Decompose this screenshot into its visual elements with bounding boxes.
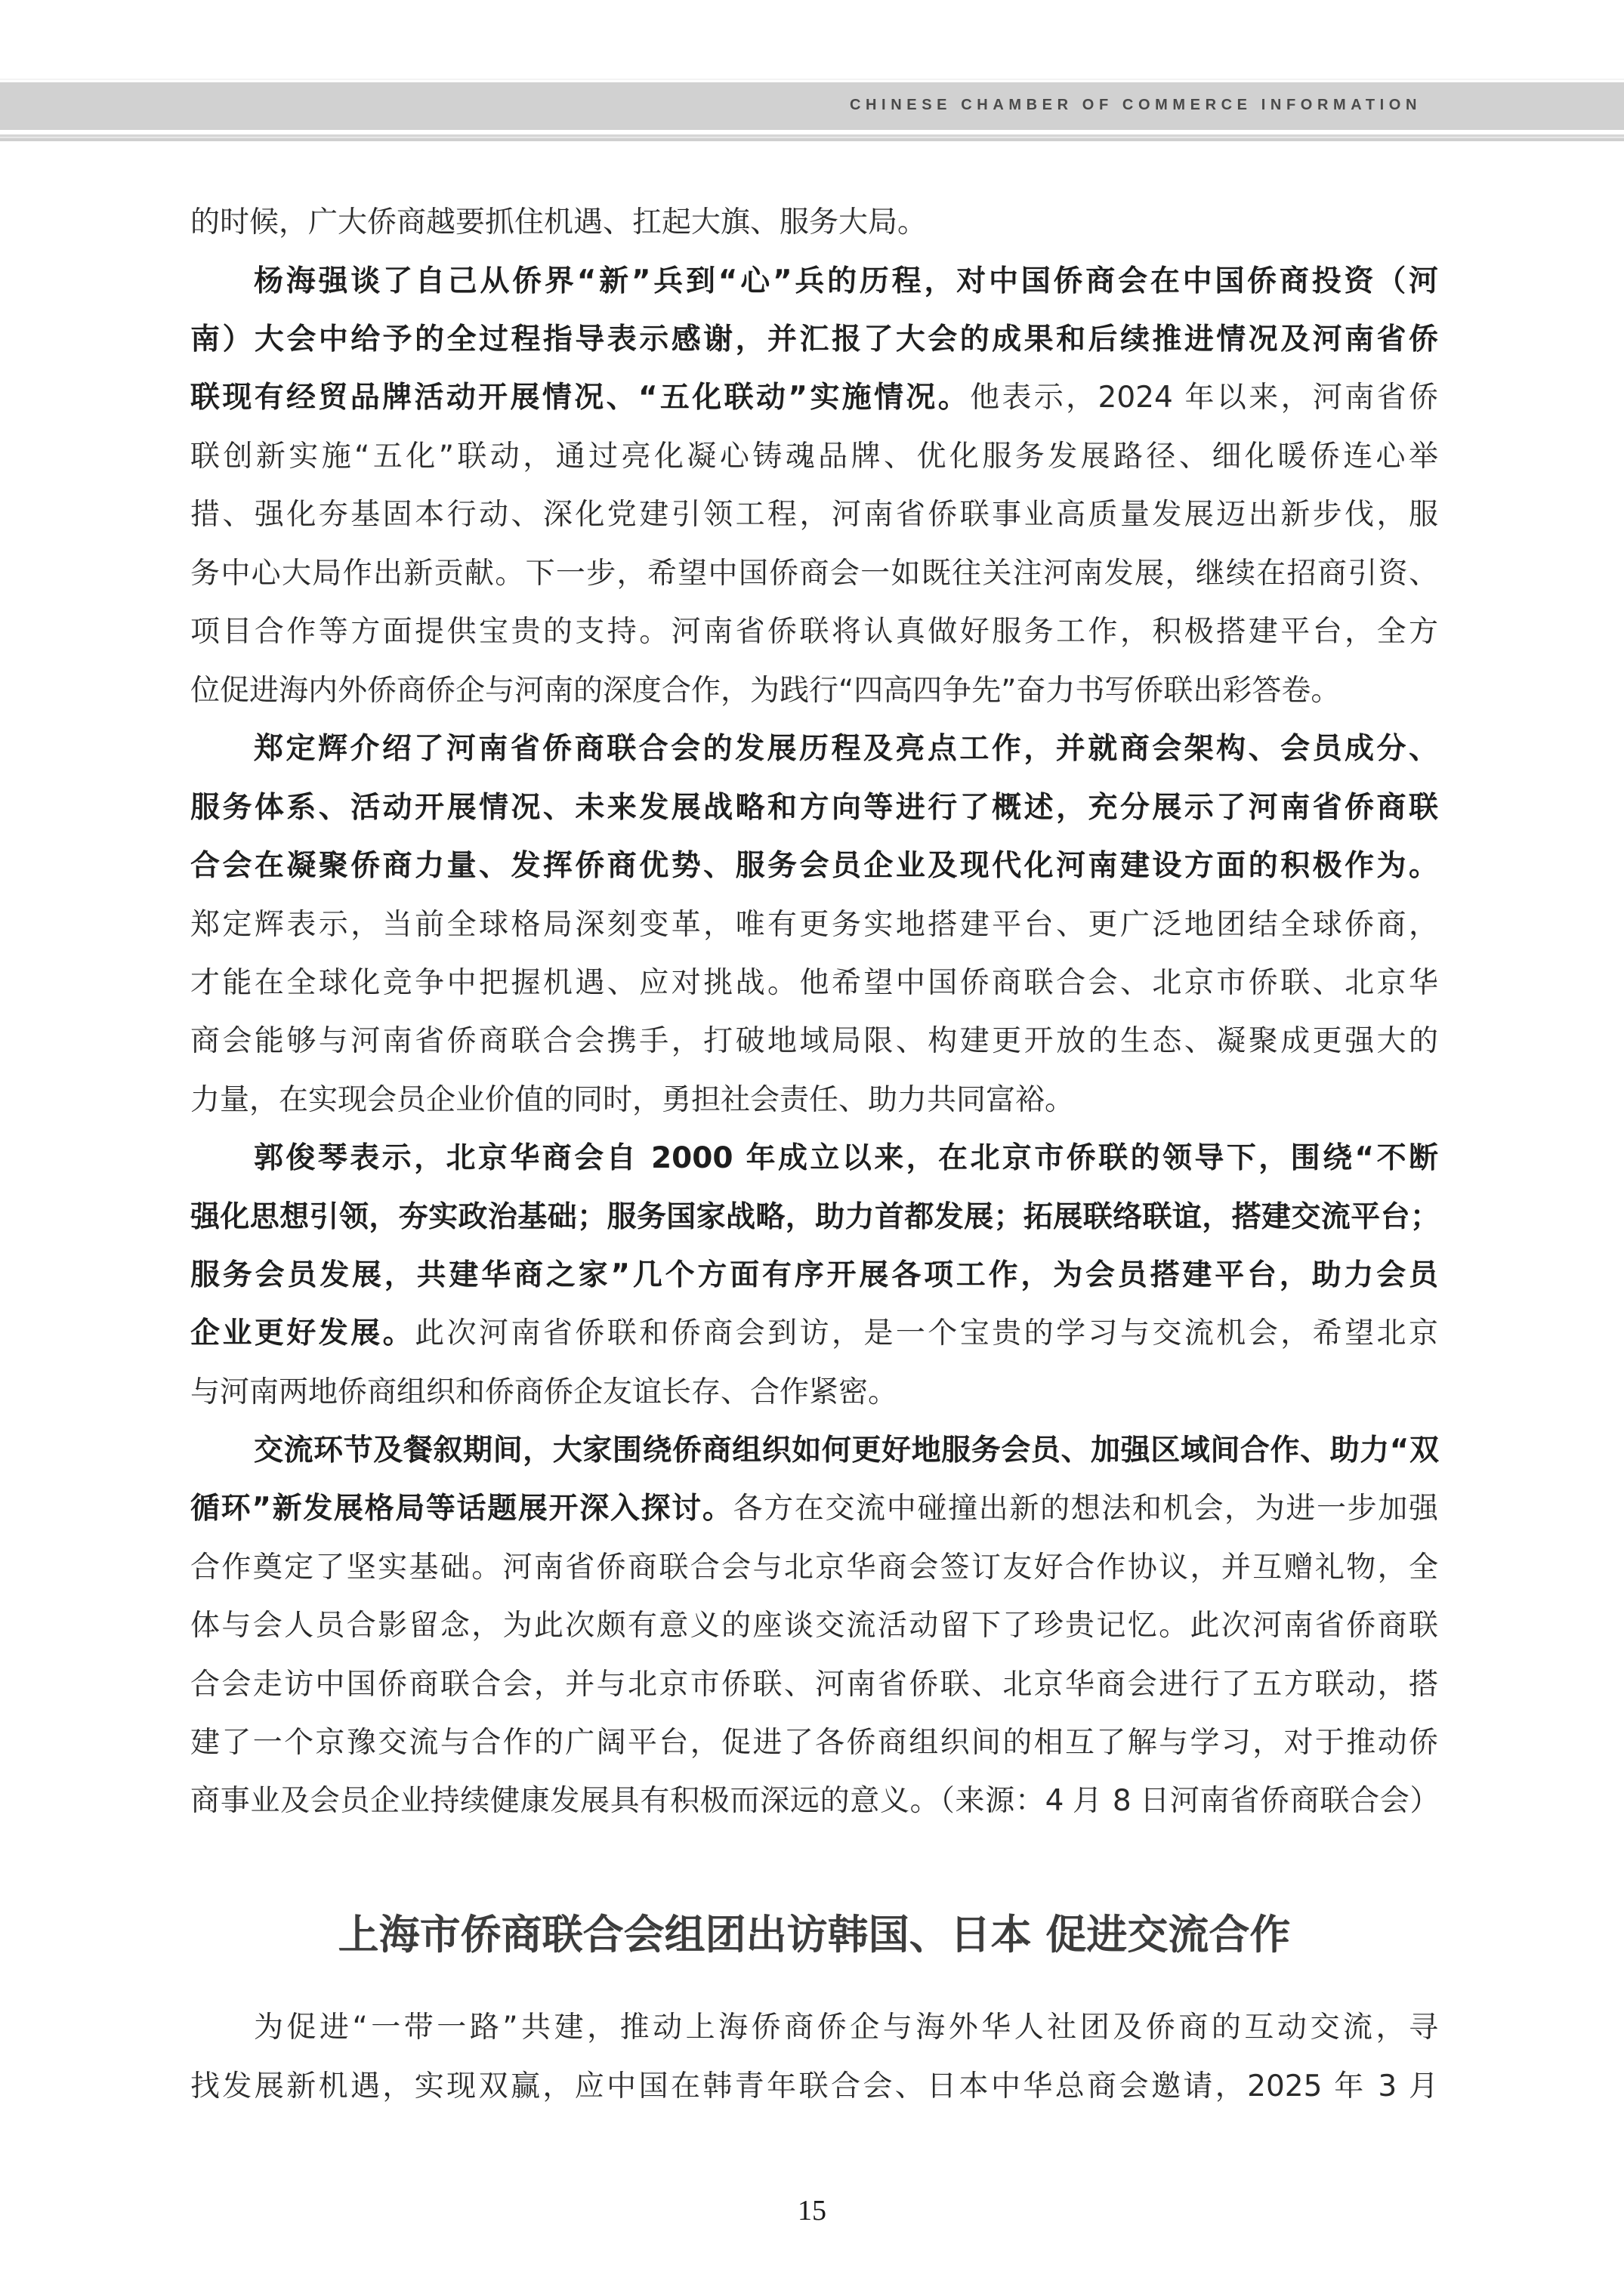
bold-lead: 郭俊琴表示，北京华商会自 2000 年成立以来，在北京市侨联的领导下，围绕“不断 — [254, 1141, 1438, 1175]
text-line: 为促进“一带一路”共建，推动上海侨商侨企与海外华人社团及侨商的互动交流，寻 — [254, 2005, 1438, 2051]
text-run: 力量，在实现会员企业价值的同时，勇担社会责任、助力共同富裕。 — [190, 1083, 1074, 1117]
page-number: 15 — [755, 2194, 869, 2227]
publication-title: CHINESE CHAMBER OF COMMERCE INFORMATION — [802, 97, 1422, 114]
text-run: 找发展新机遇，实现双赢，应中国在韩青年联合会、日本中华总商会邀请，2025 年 … — [190, 2069, 1438, 2103]
text-line: 才能在全球化竞争中把握机遇、应对挑战。他希望中国侨商联合会、北京市侨联、北京华 — [190, 961, 1438, 1006]
text-run: 商事业及会员企业持续健康发展具有积极而深远的意义。（来源：4 月 8 日河南省侨… — [190, 1784, 1438, 1818]
text-run: 为促进“一带一路”共建，推动上海侨商侨企与海外华人社团及侨商的互动交流，寻 — [254, 2011, 1438, 2045]
header-hairline — [0, 79, 1624, 80]
text-line: 南）大会中给予的全过程指导表示感谢，并汇报了大会的成果和后续推进情况及河南省侨 — [190, 317, 1438, 363]
text-line: 位促进海内外侨商侨企与河南的深度合作，为践行“四高四争先”奋力书写侨联出彩答卷。 — [190, 668, 1438, 714]
bold-lead: 服务会员发展，共建华商之家”几个方面有序开展各项工作，为会员搭建平台，助力会员 — [190, 1258, 1438, 1292]
text-line: 交流环节及餐叙期间，大家围绕侨商组织如何更好地服务会员、加强区域间合作、助力“双 — [254, 1428, 1438, 1474]
article-title: 上海市侨商联合会组团出访韩国、日本 促进交流合作 — [190, 1905, 1438, 1965]
text-run: 各方在交流中碰撞出新的想法和机会，为进一步加强 — [733, 1492, 1439, 1526]
text-line: 找发展新机遇，实现双赢，应中国在韩青年联合会、日本中华总商会邀请，2025 年 … — [190, 2064, 1438, 2109]
text-run: 措、强化夯基固本行动、深化党建引领工程，河南省侨联事业高质量发展迈出新步伐，服 — [190, 498, 1438, 532]
text-line: 循环”新发展格局等话题展开深入探讨。各方在交流中碰撞出新的想法和机会，为进一步加… — [190, 1486, 1438, 1532]
text-line: 合会在凝聚侨商力量、发挥侨商优势、服务会员企业及现代化河南建设方面的积极作为。 — [190, 844, 1438, 889]
text-line: 合作奠定了坚实基础。河南省侨商联合会与北京华商会签订友好合作协议，并互赠礼物，全 — [190, 1545, 1438, 1591]
text-line: 建了一个京豫交流与合作的广阔平台，促进了各侨商组织间的相互了解与学习，对于推动侨 — [190, 1721, 1438, 1766]
text-line: 务中心大局作出新贡献。下一步，希望中国侨商会一如既往关注河南发展，继续在招商引资… — [190, 551, 1438, 597]
continued-line: 的时候，广大侨商越要抓住机遇、扛起大旗、服务大局。 — [190, 200, 1438, 245]
bold-lead: 循环”新发展格局等话题展开深入探讨。 — [190, 1492, 733, 1526]
text-line: 服务体系、活动开展情况、未来发展战略和方向等进行了概述，充分展示了河南省侨商联 — [190, 785, 1438, 831]
text-line: 郭俊琴表示，北京华商会自 2000 年成立以来，在北京市侨联的领导下，围绕“不断 — [254, 1136, 1438, 1181]
text-line: 项目合作等方面提供宝贵的支持。河南省侨联将认真做好服务工作，积极搭建平台，全方 — [190, 610, 1438, 655]
text-run: 商会能够与河南省侨商联合会携手，打破地域局限、构建更开放的生态、凝聚成更强大的 — [190, 1024, 1438, 1058]
text-run: 与河南两地侨商组织和侨商侨企友谊长存、合作紧密。 — [190, 1375, 897, 1409]
bold-lead: 南）大会中给予的全过程指导表示感谢，并汇报了大会的成果和后续推进情况及河南省侨 — [190, 323, 1438, 356]
text-run: 合会走访中国侨商联合会，并与北京市侨联、河南省侨联、北京华商会进行了五方联动，搭 — [190, 1668, 1438, 1702]
bold-lead: 联现有经贸品牌活动开展情况、“五化联动”实施情况。 — [190, 381, 970, 415]
text-run: 才能在全球化竞争中把握机遇、应对挑战。他希望中国侨商联合会、北京市侨联、北京华 — [190, 966, 1438, 1000]
bold-lead: 交流环节及餐叙期间，大家围绕侨商组织如何更好地服务会员、加强区域间合作、助力“双 — [254, 1434, 1438, 1467]
bold-lead: 合会在凝聚侨商力量、发挥侨商优势、服务会员企业及现代化河南建设方面的积极作为。 — [190, 849, 1438, 883]
text-run: 建了一个京豫交流与合作的广阔平台，促进了各侨商组织间的相互了解与学习，对于推动侨 — [190, 1726, 1438, 1760]
text-line: 服务会员发展，共建华商之家”几个方面有序开展各项工作，为会员搭建平台，助力会员 — [190, 1253, 1438, 1298]
text-run: 体与会人员合影留念，为此次颇有意义的座谈交流活动留下了珍贵记忆。此次河南省侨商联 — [190, 1609, 1438, 1643]
bold-lead: 强化思想引领，夯实政治基础；服务国家战略，助力首都发展；拓展联络联谊，搭建交流平… — [190, 1200, 1438, 1234]
text-line: 联现有经贸品牌活动开展情况、“五化联动”实施情况。他表示，2024 年以来，河南… — [190, 375, 1438, 421]
bold-lead: 郑定辉介绍了河南省侨商联合会的发展历程及亮点工作，并就商会架构、会员成分、 — [254, 732, 1438, 766]
header-rule — [0, 138, 1624, 141]
text-line: 郑定辉表示，当前全球格局深刻变革，唯有更务实地搭建平台、更广泛地团结全球侨商， — [190, 903, 1438, 948]
text-line: 商事业及会员企业持续健康发展具有积极而深远的意义。（来源：4 月 8 日河南省侨… — [190, 1779, 1438, 1824]
text-run: 合作奠定了坚实基础。河南省侨商联合会与北京华商会签订友好合作协议，并互赠礼物，全 — [190, 1551, 1438, 1585]
text-line: 力量，在实现会员企业价值的同时，勇担社会责任、助力共同富裕。 — [190, 1078, 1438, 1123]
text-line: 合会走访中国侨商联合会，并与北京市侨联、河南省侨联、北京华商会进行了五方联动，搭 — [190, 1662, 1438, 1708]
bold-lead: 企业更好发展。 — [190, 1316, 415, 1350]
text-run: 务中心大局作出新贡献。下一步，希望中国侨商会一如既往关注河南发展，继续在招商引资… — [190, 557, 1438, 591]
text-run: 他表示，2024 年以来，河南省侨 — [970, 381, 1438, 415]
text-line: 强化思想引领，夯实政治基础；服务国家战略，助力首都发展；拓展联络联谊，搭建交流平… — [190, 1195, 1438, 1240]
text-line: 联创新实施“五化”联动，通过亮化凝心铸魂品牌、优化服务发展路径、细化暖侨连心举 — [190, 434, 1438, 480]
text-run: 位促进海内外侨商侨企与河南的深度合作，为践行“四高四争先”奋力书写侨联出彩答卷。 — [190, 674, 1340, 708]
text-line: 企业更好发展。此次河南省侨联和侨商会到访，是一个宝贵的学习与交流机会，希望北京 — [190, 1311, 1438, 1356]
text-line: 郑定辉介绍了河南省侨商联合会的发展历程及亮点工作，并就商会架构、会员成分、 — [254, 727, 1438, 772]
bold-lead: 服务体系、活动开展情况、未来发展战略和方向等进行了概述，充分展示了河南省侨商联 — [190, 791, 1438, 825]
text-run: 项目合作等方面提供宝贵的支持。河南省侨联将认真做好服务工作，积极搭建平台，全方 — [190, 615, 1438, 649]
text-line: 商会能够与河南省侨商联合会携手，打破地域局限、构建更开放的生态、凝聚成更强大的 — [190, 1019, 1438, 1064]
text-line: 体与会人员合影留念，为此次颇有意义的座谈交流活动留下了珍贵记忆。此次河南省侨商联 — [190, 1603, 1438, 1649]
text-run: 郑定辉表示，当前全球格局深刻变革，唯有更务实地搭建平台、更广泛地团结全球侨商， — [190, 908, 1438, 942]
text-run: 联创新实施“五化”联动，通过亮化凝心铸魂品牌、优化服务发展路径、细化暖侨连心举 — [190, 440, 1438, 474]
text-line: 与河南两地侨商组织和侨商侨企友谊长存、合作紧密。 — [190, 1370, 1438, 1415]
bold-lead: 杨海强谈了自己从侨界“新”兵到“心”兵的历程，对中国侨商会在中国侨商投资（河 — [254, 264, 1438, 298]
text-line: 杨海强谈了自己从侨界“新”兵到“心”兵的历程，对中国侨商会在中国侨商投资（河 — [254, 259, 1438, 304]
text-run: 此次河南省侨联和侨商会到访，是一个宝贵的学习与交流机会，希望北京 — [415, 1316, 1438, 1350]
text-line: 措、强化夯基固本行动、深化党建引领工程，河南省侨联事业高质量发展迈出新步伐，服 — [190, 492, 1438, 538]
